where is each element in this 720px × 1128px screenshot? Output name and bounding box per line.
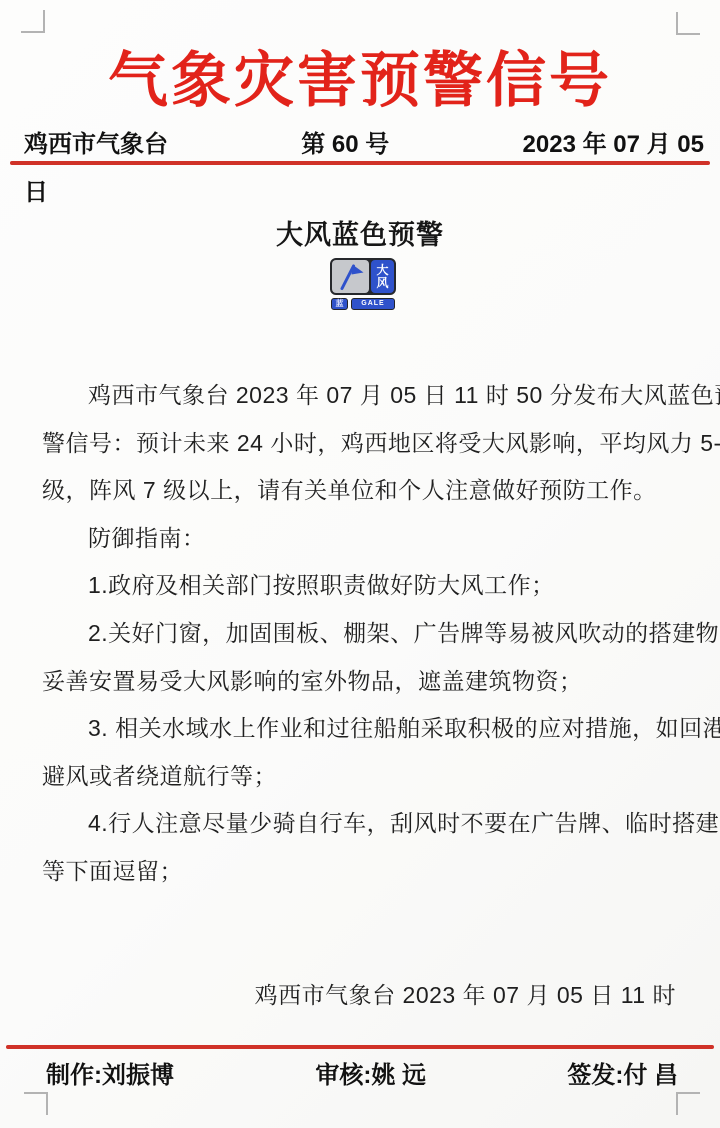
warning-type-panel: 大 风 xyxy=(371,260,394,293)
warning-type-english-label: GALE xyxy=(351,298,395,310)
document-footer-row: 制作:刘振博 审核:姚 远 签发:付 昌 xyxy=(0,1056,720,1096)
warning-type-char-1: 大 xyxy=(376,264,388,277)
warning-body-text: 鸡西市气象台 2023 年 07 月 05 日 11 时 50 分发布大风蓝色预… xyxy=(42,372,694,896)
body-line: 2.关好门窗，加固围板、棚架、广告牌等易被风吹动的搭建物， xyxy=(42,610,694,658)
producer-credit: 制作:刘振博 xyxy=(46,1056,174,1096)
body-line: 避风或者绕道航行等； xyxy=(42,753,694,801)
issue-number: 第 60 号 xyxy=(301,128,389,162)
warning-level-chip: 蓝 xyxy=(331,298,348,310)
header-divider-rule xyxy=(10,161,710,165)
document-header-row: 鸡西市气象台 第 60 号 2023 年 07 月 05 xyxy=(0,128,720,162)
body-line: 鸡西市气象台 2023 年 07 月 05 日 11 时 50 分发布大风蓝色预 xyxy=(42,372,694,420)
body-line: 警信号：预计未来 24 小时，鸡西地区将受大风影响，平均风力 5-6 xyxy=(42,420,694,468)
body-line: 1.政府及相关部门按照职责做好防大风工作； xyxy=(42,562,694,610)
issuing-station: 鸡西市气象台 xyxy=(24,128,168,162)
warning-type-char-2: 风 xyxy=(376,277,388,290)
footer-divider-rule xyxy=(6,1045,714,1049)
gale-blue-warning-icon: 大 风 蓝 GALE xyxy=(330,258,396,310)
document-main-title: 气象灾害预警信号 xyxy=(0,36,720,126)
body-line: 防御指南： xyxy=(42,515,694,563)
issue-date-line1: 2023 年 07 月 05 xyxy=(523,128,704,162)
issuer-credit: 签发:付 昌 xyxy=(567,1056,678,1096)
text-boundary-mark-top-right xyxy=(676,12,700,35)
body-line: 等下面逗留； xyxy=(42,848,694,896)
body-line: 3. 相关水域水上作业和过往船舶采取积极的应对措施，如回港 xyxy=(42,705,694,753)
body-line: 妥善安置易受大风影响的室外物品，遮盖建筑物资； xyxy=(42,658,694,706)
issue-date-line2: 日 xyxy=(24,176,48,210)
body-line: 级，阵风 7 级以上，请有关单位和个人注意做好预防工作。 xyxy=(42,467,694,515)
signature-line: 鸡西市气象台 2023 年 07 月 05 日 11 时 xyxy=(0,972,676,1020)
body-line: 4.行人注意尽量少骑自行车，刮风时不要在广告牌、临时搭建物 xyxy=(42,800,694,848)
wind-flag-icon xyxy=(332,260,369,293)
warning-title: 大风蓝色预警 xyxy=(0,214,720,256)
warning-icon-frame: 大 风 xyxy=(330,258,396,295)
wind-flag-panel xyxy=(332,260,369,293)
reviewer-credit: 审核:姚 远 xyxy=(315,1056,426,1096)
text-boundary-mark-top-left xyxy=(21,10,45,33)
warning-document-page: 气象灾害预警信号 鸡西市气象台 第 60 号 2023 年 07 月 05 日 … xyxy=(0,0,720,1128)
